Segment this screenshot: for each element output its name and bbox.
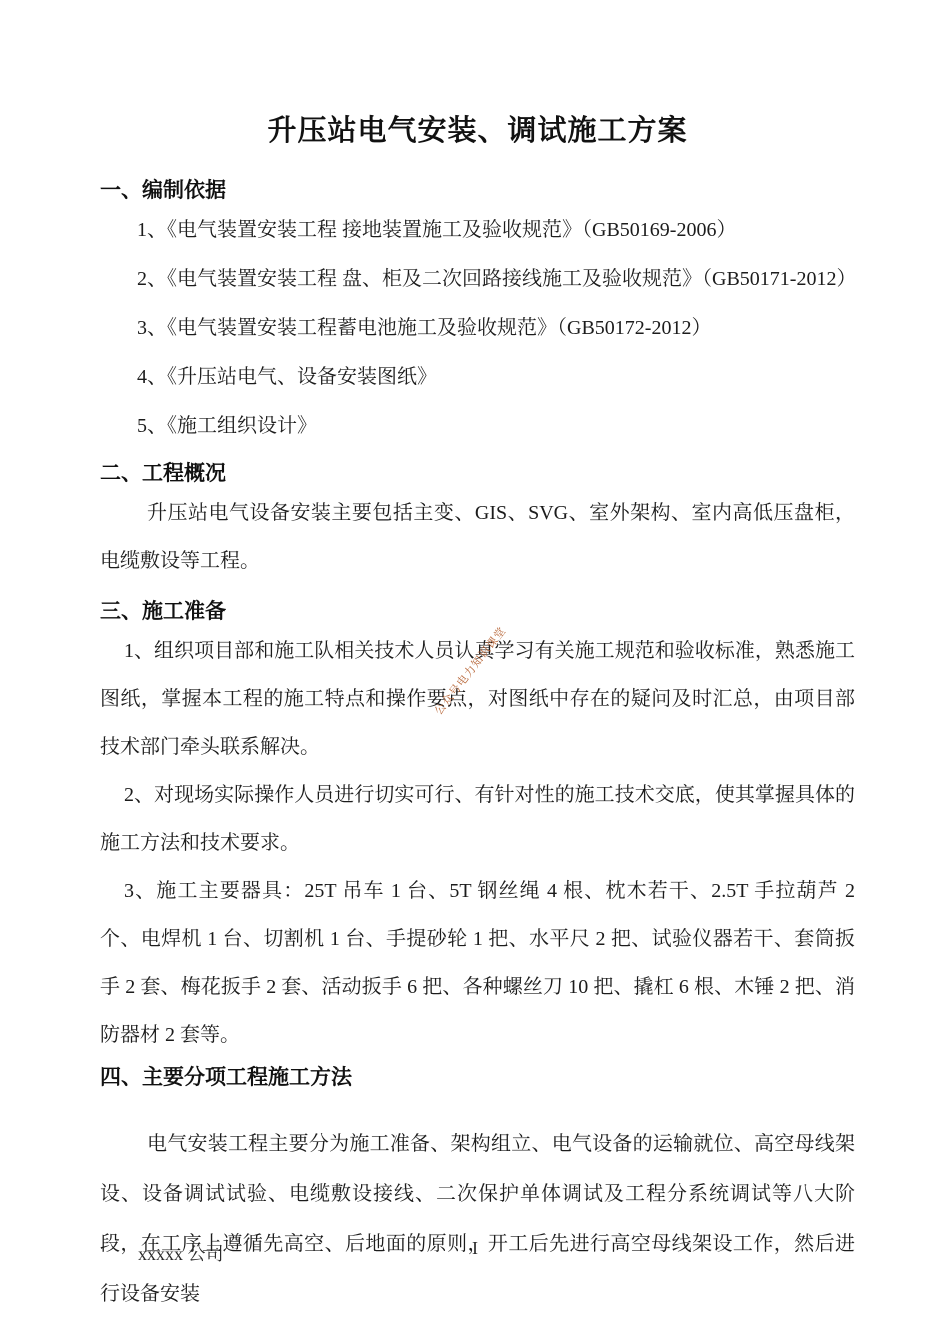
- reference-item: 1、《电气装置安装工程 接地装置施工及验收规范》（GB50169-2006）: [100, 206, 855, 255]
- section-heading-1: 一、编制依据: [100, 176, 855, 206]
- document-page: 升压站电气安装、调试施工方案 一、编制依据 1、《电气装置安装工程 接地装置施工…: [0, 0, 950, 1343]
- reference-item: 4、《升压站电气、设备安装图纸》: [100, 353, 855, 402]
- paragraph: 升压站电气设备安装主要包括主变、GIS、SVG、室外架构、室内高低压盘柜，电缆敷…: [100, 489, 855, 585]
- reference-item: 2、《电气装置安装工程 盘、柜及二次回路接线施工及验收规范》（GB50171-2…: [100, 255, 855, 304]
- paragraph: 3、施工主要器具：25T 吊车 1 台、5T 钢丝绳 4 根、枕木若干、2.5T…: [100, 867, 855, 1059]
- section-heading-3: 三、施工准备: [100, 597, 855, 627]
- reference-item: 5、《施工组织设计》: [100, 402, 855, 451]
- section-heading-4: 四、主要分项工程施工方法: [100, 1063, 855, 1093]
- reference-list: 1、《电气装置安装工程 接地装置施工及验收规范》（GB50169-2006） 2…: [100, 206, 855, 451]
- reference-item: 3、《电气装置安装工程蓄电池施工及验收规范》（GB50172-2012）: [100, 304, 855, 353]
- paragraph: 2、对现场实际操作人员进行切实可行、有针对性的施工技术交底，使其掌握具体的施工方…: [100, 771, 855, 867]
- paragraph: 电气安装工程主要分为施工准备、架构组立、电气设备的运输就位、高空母线架设、设备调…: [100, 1119, 855, 1319]
- page-number: I: [0, 1238, 950, 1259]
- page-title: 升压站电气安装、调试施工方案: [100, 110, 855, 152]
- section-heading-2: 二、工程概况: [100, 459, 855, 489]
